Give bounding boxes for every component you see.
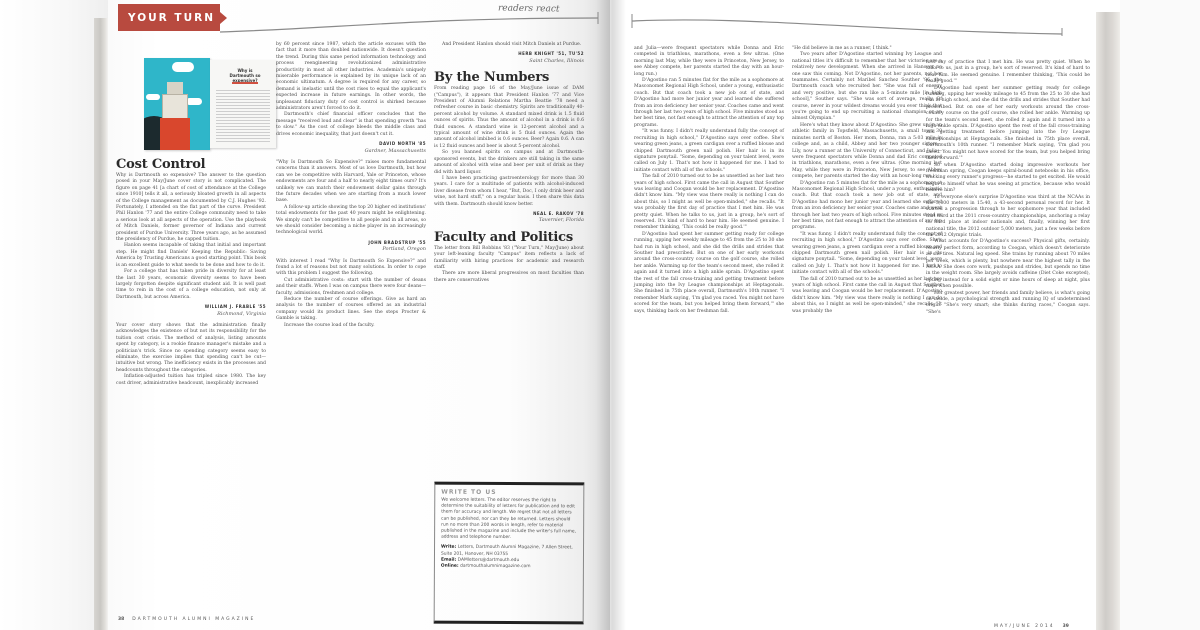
write-to-us-body: We welcome letters. The editor reserves … (441, 498, 577, 542)
left-column-3: And President Hanlon should visit Mitch … (434, 42, 584, 284)
right-column-1: and Julia—were frequent spectators while… (634, 46, 784, 315)
online-label: Online: (441, 564, 459, 569)
page-number: 39 (1063, 624, 1069, 629)
tower-base-shape (160, 118, 190, 150)
left-column-1: Cost Control Why is Dartmouth so expensi… (116, 155, 266, 387)
background-right (1120, 0, 1200, 630)
paragraph: Dartmouth's chief financial officer conc… (276, 112, 426, 138)
page-stack-edge-right (1096, 12, 1120, 630)
paragraph: So you banned spirits on campus and at D… (434, 150, 584, 176)
paragraph: Her greatest power, her friends and fami… (926, 291, 1090, 317)
letter-location: Tavernier, Florida (434, 217, 584, 223)
paragraph: Reduce the number of course offerings. G… (276, 297, 426, 323)
left-folio: 38DARTMOUTH ALUMNI MAGAZINE (118, 617, 255, 622)
section-tab-your-turn: YOUR TURN (118, 4, 220, 31)
left-column-2: by 60 percent since 1987, which the arti… (276, 42, 426, 329)
paragraph: D'Agostino ran 5 minutes flat for the mi… (634, 78, 784, 129)
paragraph: The fall of 2010 turned out to be as uns… (634, 174, 784, 232)
heading-by-the-numbers: By the Numbers (434, 70, 584, 85)
write-to-us-box: WRITE TO US We welcome letters. The edit… (434, 482, 585, 625)
write-to-us-title: WRITE TO US (441, 489, 577, 497)
paragraph: Increase the course load of the faculty. (276, 323, 426, 329)
paragraph: D'Agostino ran 5 minutes flat for the mi… (792, 181, 942, 232)
cloud-shape (146, 94, 160, 100)
write-address: Write: Letters, Dartmouth Alumni Magazin… (441, 545, 577, 558)
heading-cost-control: Cost Control (116, 157, 266, 172)
spine-shadow (596, 0, 626, 630)
thumbnail-title: Why is Dartmouth so expensive? (228, 68, 262, 83)
right-folio: MAY/JUNE 201439 (994, 624, 1069, 629)
paragraph: So when D'Agostino started doing impress… (926, 163, 1090, 195)
paragraph: What accounts for D'Agostino's success? … (926, 239, 1090, 290)
write-value: Letters, Dartmouth Alumni Magazine, 7 Al… (441, 545, 573, 556)
tower-middle-shape (162, 94, 188, 120)
paragraph: Why is Dartmouth so expensive? The answe… (116, 173, 266, 243)
illustration-dartmouth-tower (144, 58, 210, 150)
letter-location: Saint Charles, Illinois (434, 58, 584, 64)
right-column-3: first day of practice that I met him. He… (926, 60, 1090, 316)
paragraph: Two years after D'Agostino started winni… (792, 52, 942, 122)
heading-faculty-and-politics: Faculty and Politics (434, 230, 584, 245)
cloud-shape (186, 98, 202, 105)
paragraph: and Julia—were frequent spectators while… (634, 46, 784, 78)
paragraph: Hanlon seems incapable of taking that in… (116, 243, 266, 269)
letter-location: Gardner, Massachusetts (276, 148, 426, 154)
paragraph: Your cover story shows that the administ… (116, 323, 266, 374)
paragraph: "It was funny. I didn't really understan… (792, 232, 942, 277)
right-column-2: "He did believe in me as a runner, I thi… (792, 46, 942, 315)
email-label: Email: (441, 557, 456, 562)
paragraph: "It was funny. I didn't really understan… (634, 129, 784, 174)
paragraph: There are more liberal progressives on m… (434, 271, 584, 284)
write-label: Write: (441, 545, 456, 550)
issue-date: MAY/JUNE 2014 (994, 624, 1055, 629)
paragraph: by 60 percent since 1987, which the arti… (276, 42, 426, 112)
paragraph: I have been practicing gastroenterology … (434, 176, 584, 208)
paragraph: A follow-up article showing the top 20 h… (276, 205, 426, 237)
page-number: 38 (118, 617, 124, 622)
online-line: Online: dartmouthalumnimagazine.com (441, 564, 577, 571)
paragraph: D'Agostino had spent her summer getting … (926, 86, 1090, 163)
paragraph: With interest I read "Why Is Dartmouth S… (276, 259, 426, 278)
thumbnail-red-rule (232, 82, 258, 84)
cloud-shape (172, 62, 194, 72)
paragraph: D'Agostino had spent her summer getting … (634, 232, 784, 315)
website-link[interactable]: dartmouthalumnimagazine.com (460, 564, 530, 569)
paragraph: The letter from Bill Robbins '83 ("Your … (434, 246, 584, 272)
section-subtitle: readers react (498, 3, 560, 14)
email-link[interactable]: DAMletters@dartmouth.edu (458, 558, 520, 563)
thumbnail-text-lines (216, 90, 270, 144)
paragraph: From reading page 16 of the May/June iss… (434, 86, 584, 150)
magazine-name: DARTMOUTH ALUMNI MAGAZINE (132, 617, 255, 622)
paragraph: For a college that has taken pride in di… (116, 269, 266, 301)
paragraph: Inflation-adjusted tuition has tripled s… (116, 374, 266, 387)
cover-story-thumbnail: Why is Dartmouth so expensive? (144, 58, 280, 150)
paragraph: Here's what they know about D'Agostino: … (792, 123, 942, 181)
letter-location: Portland, Oregon (276, 246, 426, 252)
paragraph: first day of practice that I met him. He… (926, 60, 1090, 86)
thumbnail-article-page: Why is Dartmouth so expensive? (210, 60, 276, 148)
letter-location: Richmond, Virginia (116, 311, 266, 317)
header-rule-right (630, 12, 1066, 36)
paragraph: And President Hanlon should visit Mitch … (434, 42, 584, 48)
paragraph: To everyone else's surprise D'Agostino w… (926, 195, 1090, 240)
paragraph: Cut administrative costs: start with the… (276, 278, 426, 297)
paragraph: The fall of 2010 turned out to be as uns… (792, 277, 942, 315)
paragraph: "Why Is Dartmouth So Expensive?" raises … (276, 160, 426, 205)
